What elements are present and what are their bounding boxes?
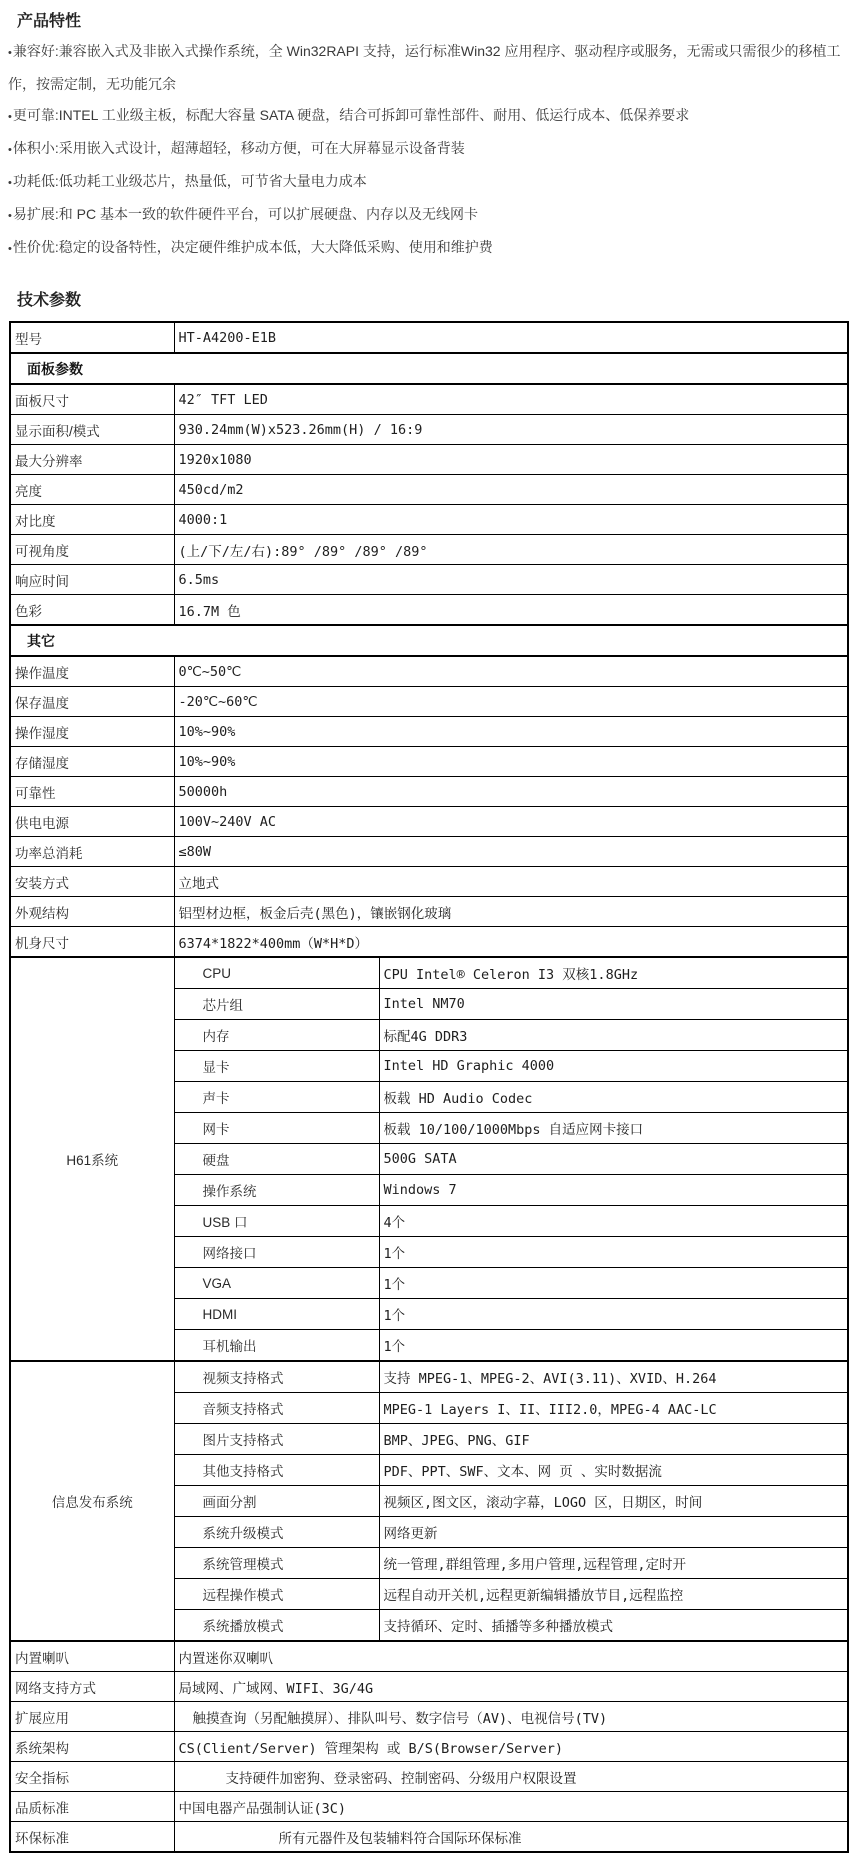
- spec-sub-label: 网络接口: [174, 1237, 379, 1268]
- spec-label: 型号: [10, 322, 174, 353]
- spec-row: 操作温度0℃~50℃: [10, 656, 848, 687]
- spec-row: 可视角度(上/下/左/右):89° /89° /89° /89°: [10, 535, 848, 565]
- spec-sub-value: Windows 7: [379, 1175, 848, 1206]
- spec-sub-value: 标配4G DDR3: [379, 1020, 848, 1051]
- spec-row: 最大分辨率1920x1080: [10, 445, 848, 475]
- bullet-marker: •: [8, 177, 12, 189]
- spec-label: 可视角度: [10, 535, 174, 565]
- spec-value: 铝型材边框，板金后壳(黑色)，镶嵌钢化玻璃: [174, 897, 848, 927]
- spec-value: CS(Client/Server) 管理架构 或 B/S(Browser/Ser…: [174, 1732, 848, 1762]
- spec-value: 10%~90%: [174, 747, 848, 777]
- spec-sub-value: Intel NM70: [379, 989, 848, 1020]
- spec-sub-value: 支持 MPEG-1、MPEG-2、AVI(3.11)、XVID、H.264: [379, 1361, 848, 1393]
- spec-value: 16.7M 色: [174, 595, 848, 626]
- spec-sub-label: 视频支持格式: [174, 1361, 379, 1393]
- spec-row: 扩展应用触摸查询（另配触摸屏）、排队叫号、数字信号（AV)、电视信号(TV): [10, 1702, 848, 1732]
- spec-label: 机身尺寸: [10, 927, 174, 958]
- spec-label: 外观结构: [10, 897, 174, 927]
- spec-row: 品质标准中国电器产品强制认证(3C): [10, 1792, 848, 1822]
- spec-sub-label: 画面分割: [174, 1486, 379, 1517]
- spec-value: 450cd/m2: [174, 475, 848, 505]
- spec-value: 50000h: [174, 777, 848, 807]
- spec-sub-label: 内存: [174, 1020, 379, 1051]
- spec-sub-label: 图片支持格式: [174, 1424, 379, 1455]
- spec-sub-value: 统一管理,群组管理,多用户管理,远程管理,定时开: [379, 1548, 848, 1579]
- spec-label: 面板尺寸: [10, 384, 174, 415]
- spec-row: 系统架构CS(Client/Server) 管理架构 或 B/S(Browser…: [10, 1732, 848, 1762]
- spec-label: 对比度: [10, 505, 174, 535]
- spec-value: 触摸查询（另配触摸屏）、排队叫号、数字信号（AV)、电视信号(TV): [174, 1702, 848, 1732]
- spec-label: 功率总消耗: [10, 837, 174, 867]
- product-spec-page: 产品特性 •兼容好:兼容嵌入式及非嵌入式操作系统，全 Win32RAPI 支持，…: [0, 0, 864, 1873]
- spec-row: 操作湿度10%~90%: [10, 717, 848, 747]
- spec-value: HT-A4200-E1B: [174, 322, 848, 353]
- group-sub-row: H61系统CPUCPU Intel® Celeron I3 双核1.8GHz: [10, 957, 848, 989]
- spec-value: 中国电器产品强制认证(3C): [174, 1792, 848, 1822]
- spec-sub-value: Intel HD Graphic 4000: [379, 1051, 848, 1082]
- spec-sub-value: MPEG-1 Layers I、II、III2.0，MPEG-4 AAC-LC: [379, 1393, 848, 1424]
- spec-value: 42″ TFT LED: [174, 384, 848, 415]
- feature-item: •兼容好:兼容嵌入式及非嵌入式操作系统，全 Win32RAPI 支持，运行标准W…: [8, 36, 856, 100]
- specs-table: 型号HT-A4200-E1B面板参数面板尺寸42″ TFT LED显示面积/模式…: [9, 321, 849, 1853]
- spec-row: 显示面积/模式930.24mm(W)x523.26mm(H) / 16:9: [10, 415, 848, 445]
- spec-sub-value: BMP、JPEG、PNG、GIF: [379, 1424, 848, 1455]
- bullet-marker: •: [8, 144, 12, 156]
- group-label: 信息发布系统: [10, 1361, 174, 1641]
- spec-label: 环保标准: [10, 1822, 174, 1853]
- bullet-marker: •: [8, 47, 12, 59]
- spec-sub-label: 系统播放模式: [174, 1610, 379, 1642]
- spec-row: 供电电源100V~240V AC: [10, 807, 848, 837]
- spec-sub-value: 视频区,图文区，滚动字幕，LOGO 区，日期区，时间: [379, 1486, 848, 1517]
- spec-sub-value: 远程自动开关机,远程更新编辑播放节目,远程监控: [379, 1579, 848, 1610]
- spec-sub-label: 芯片组: [174, 989, 379, 1020]
- spec-label: 操作温度: [10, 656, 174, 687]
- spec-value: 4000:1: [174, 505, 848, 535]
- spec-sub-value: 板载 HD Audio Codec: [379, 1082, 848, 1113]
- group-label: H61系统: [10, 957, 174, 1361]
- spec-label: 供电电源: [10, 807, 174, 837]
- spec-value: ≤80W: [174, 837, 848, 867]
- spec-sub-label: 显卡: [174, 1051, 379, 1082]
- section-header: 面板参数: [10, 353, 848, 384]
- bullet-marker: •: [8, 111, 12, 123]
- spec-sub-value: 1个: [379, 1237, 848, 1268]
- spec-value: 100V~240V AC: [174, 807, 848, 837]
- spec-label: 存储湿度: [10, 747, 174, 777]
- spec-label: 最大分辨率: [10, 445, 174, 475]
- feature-item: •更可靠:INTEL 工业级主板，标配大容量 SATA 硬盘，结合可拆卸可靠性部…: [8, 100, 856, 133]
- spec-sub-value: 500G SATA: [379, 1144, 848, 1175]
- spec-value: 支持硬件加密狗、登录密码、控制密码、分级用户权限设置: [174, 1762, 848, 1792]
- spec-sub-label: CPU: [174, 957, 379, 989]
- spec-sub-label: 远程操作模式: [174, 1579, 379, 1610]
- spec-sub-label: 音频支持格式: [174, 1393, 379, 1424]
- spec-sub-value: 1个: [379, 1299, 848, 1330]
- specs-table-body: 型号HT-A4200-E1B面板参数面板尺寸42″ TFT LED显示面积/模式…: [10, 322, 848, 1852]
- spec-sub-label: 系统升级模式: [174, 1517, 379, 1548]
- section-row: 面板参数: [10, 353, 848, 384]
- spec-row: 色彩16.7M 色: [10, 595, 848, 626]
- spec-row: 面板尺寸42″ TFT LED: [10, 384, 848, 415]
- bullet-marker: •: [8, 243, 12, 255]
- spec-row: 保存温度-20℃~60℃: [10, 687, 848, 717]
- spec-value: 0℃~50℃: [174, 656, 848, 687]
- spec-sub-value: 1个: [379, 1330, 848, 1362]
- spec-sub-value: PDF、PPT、SWF、文本、网 页 、实时数据流: [379, 1455, 848, 1486]
- spec-row: 安装方式立地式: [10, 867, 848, 897]
- feature-item: •易扩展:和 PC 基本一致的软件硬件平台，可以扩展硬盘、内存以及无线网卡: [8, 199, 856, 232]
- spec-label: 色彩: [10, 595, 174, 626]
- spec-row: 安全指标支持硬件加密狗、登录密码、控制密码、分级用户权限设置: [10, 1762, 848, 1792]
- spec-row: 亮度450cd/m2: [10, 475, 848, 505]
- spec-sub-value: 4个: [379, 1206, 848, 1237]
- spec-row: 对比度4000:1: [10, 505, 848, 535]
- spec-value: 内置迷你双喇叭: [174, 1641, 848, 1672]
- spec-row: 外观结构铝型材边框，板金后壳(黑色)，镶嵌钢化玻璃: [10, 897, 848, 927]
- feature-list: •兼容好:兼容嵌入式及非嵌入式操作系统，全 Win32RAPI 支持，运行标准W…: [8, 36, 856, 265]
- spec-value: -20℃~60℃: [174, 687, 848, 717]
- spec-sub-label: VGA: [174, 1268, 379, 1299]
- spec-value: (上/下/左/右):89° /89° /89° /89°: [174, 535, 848, 565]
- bullet-marker: •: [8, 210, 12, 222]
- spec-sub-label: HDMI: [174, 1299, 379, 1330]
- spec-sub-label: 其他支持格式: [174, 1455, 379, 1486]
- spec-sub-label: 硬盘: [174, 1144, 379, 1175]
- spec-label: 显示面积/模式: [10, 415, 174, 445]
- feature-item: •体积小:采用嵌入式设计，超薄超轻，移动方便，可在大屏幕显示设备背装: [8, 133, 856, 166]
- spec-value: 立地式: [174, 867, 848, 897]
- spec-label: 保存温度: [10, 687, 174, 717]
- group-sub-row: 信息发布系统视频支持格式支持 MPEG-1、MPEG-2、AVI(3.11)、X…: [10, 1361, 848, 1393]
- spec-label: 品质标准: [10, 1792, 174, 1822]
- spec-row: 网络支持方式局域网、广域网、WIFI、3G/4G: [10, 1672, 848, 1702]
- feature-item: •功耗低:低功耗工业级芯片，热量低，可节省大量电力成本: [8, 166, 856, 199]
- spec-label: 安装方式: [10, 867, 174, 897]
- spec-sub-label: 声卡: [174, 1082, 379, 1113]
- spec-sub-value: 板载 10/100/1000Mbps 自适应网卡接口: [379, 1113, 848, 1144]
- spec-sub-label: 操作系统: [174, 1175, 379, 1206]
- spec-label: 操作湿度: [10, 717, 174, 747]
- spec-sub-value: 支持循环、定时、插播等多种播放模式: [379, 1610, 848, 1642]
- spec-label: 安全指标: [10, 1762, 174, 1792]
- spec-label: 扩展应用: [10, 1702, 174, 1732]
- spec-label: 内置喇叭: [10, 1641, 174, 1672]
- spec-label: 亮度: [10, 475, 174, 505]
- spec-row: 机身尺寸6374*1822*400mm（W*H*D）: [10, 927, 848, 958]
- spec-value: 6374*1822*400mm（W*H*D）: [174, 927, 848, 958]
- spec-row: 存储湿度10%~90%: [10, 747, 848, 777]
- spec-label: 可靠性: [10, 777, 174, 807]
- features-title: 产品特性: [17, 12, 856, 32]
- spec-value: 局域网、广域网、WIFI、3G/4G: [174, 1672, 848, 1702]
- spec-value: 10%~90%: [174, 717, 848, 747]
- spec-label: 响应时间: [10, 565, 174, 595]
- spec-row: 功率总消耗≤80W: [10, 837, 848, 867]
- spec-label: 网络支持方式: [10, 1672, 174, 1702]
- spec-row: 型号HT-A4200-E1B: [10, 322, 848, 353]
- spec-value: 6.5ms: [174, 565, 848, 595]
- spec-row: 内置喇叭内置迷你双喇叭: [10, 1641, 848, 1672]
- spec-sub-label: USB 口: [174, 1206, 379, 1237]
- section-header: 其它: [10, 625, 848, 656]
- spec-value: 1920x1080: [174, 445, 848, 475]
- spec-sub-value: 网络更新: [379, 1517, 848, 1548]
- spec-row: 可靠性50000h: [10, 777, 848, 807]
- specs-title: 技术参数: [17, 291, 856, 311]
- spec-sub-value: CPU Intel® Celeron I3 双核1.8GHz: [379, 957, 848, 989]
- section-row: 其它: [10, 625, 848, 656]
- feature-item: •性价优:稳定的设备特性，决定硬件维护成本低，大大降低采购、使用和维护费: [8, 232, 856, 265]
- spec-value: 所有元器件及包装辅料符合国际环保标准: [174, 1822, 848, 1853]
- spec-value: 930.24mm(W)x523.26mm(H) / 16:9: [174, 415, 848, 445]
- spec-sub-value: 1个: [379, 1268, 848, 1299]
- spec-row: 环保标准所有元器件及包装辅料符合国际环保标准: [10, 1822, 848, 1853]
- spec-label: 系统架构: [10, 1732, 174, 1762]
- spec-sub-label: 耳机输出: [174, 1330, 379, 1362]
- spec-sub-label: 网卡: [174, 1113, 379, 1144]
- spec-row: 响应时间6.5ms: [10, 565, 848, 595]
- spec-sub-label: 系统管理模式: [174, 1548, 379, 1579]
